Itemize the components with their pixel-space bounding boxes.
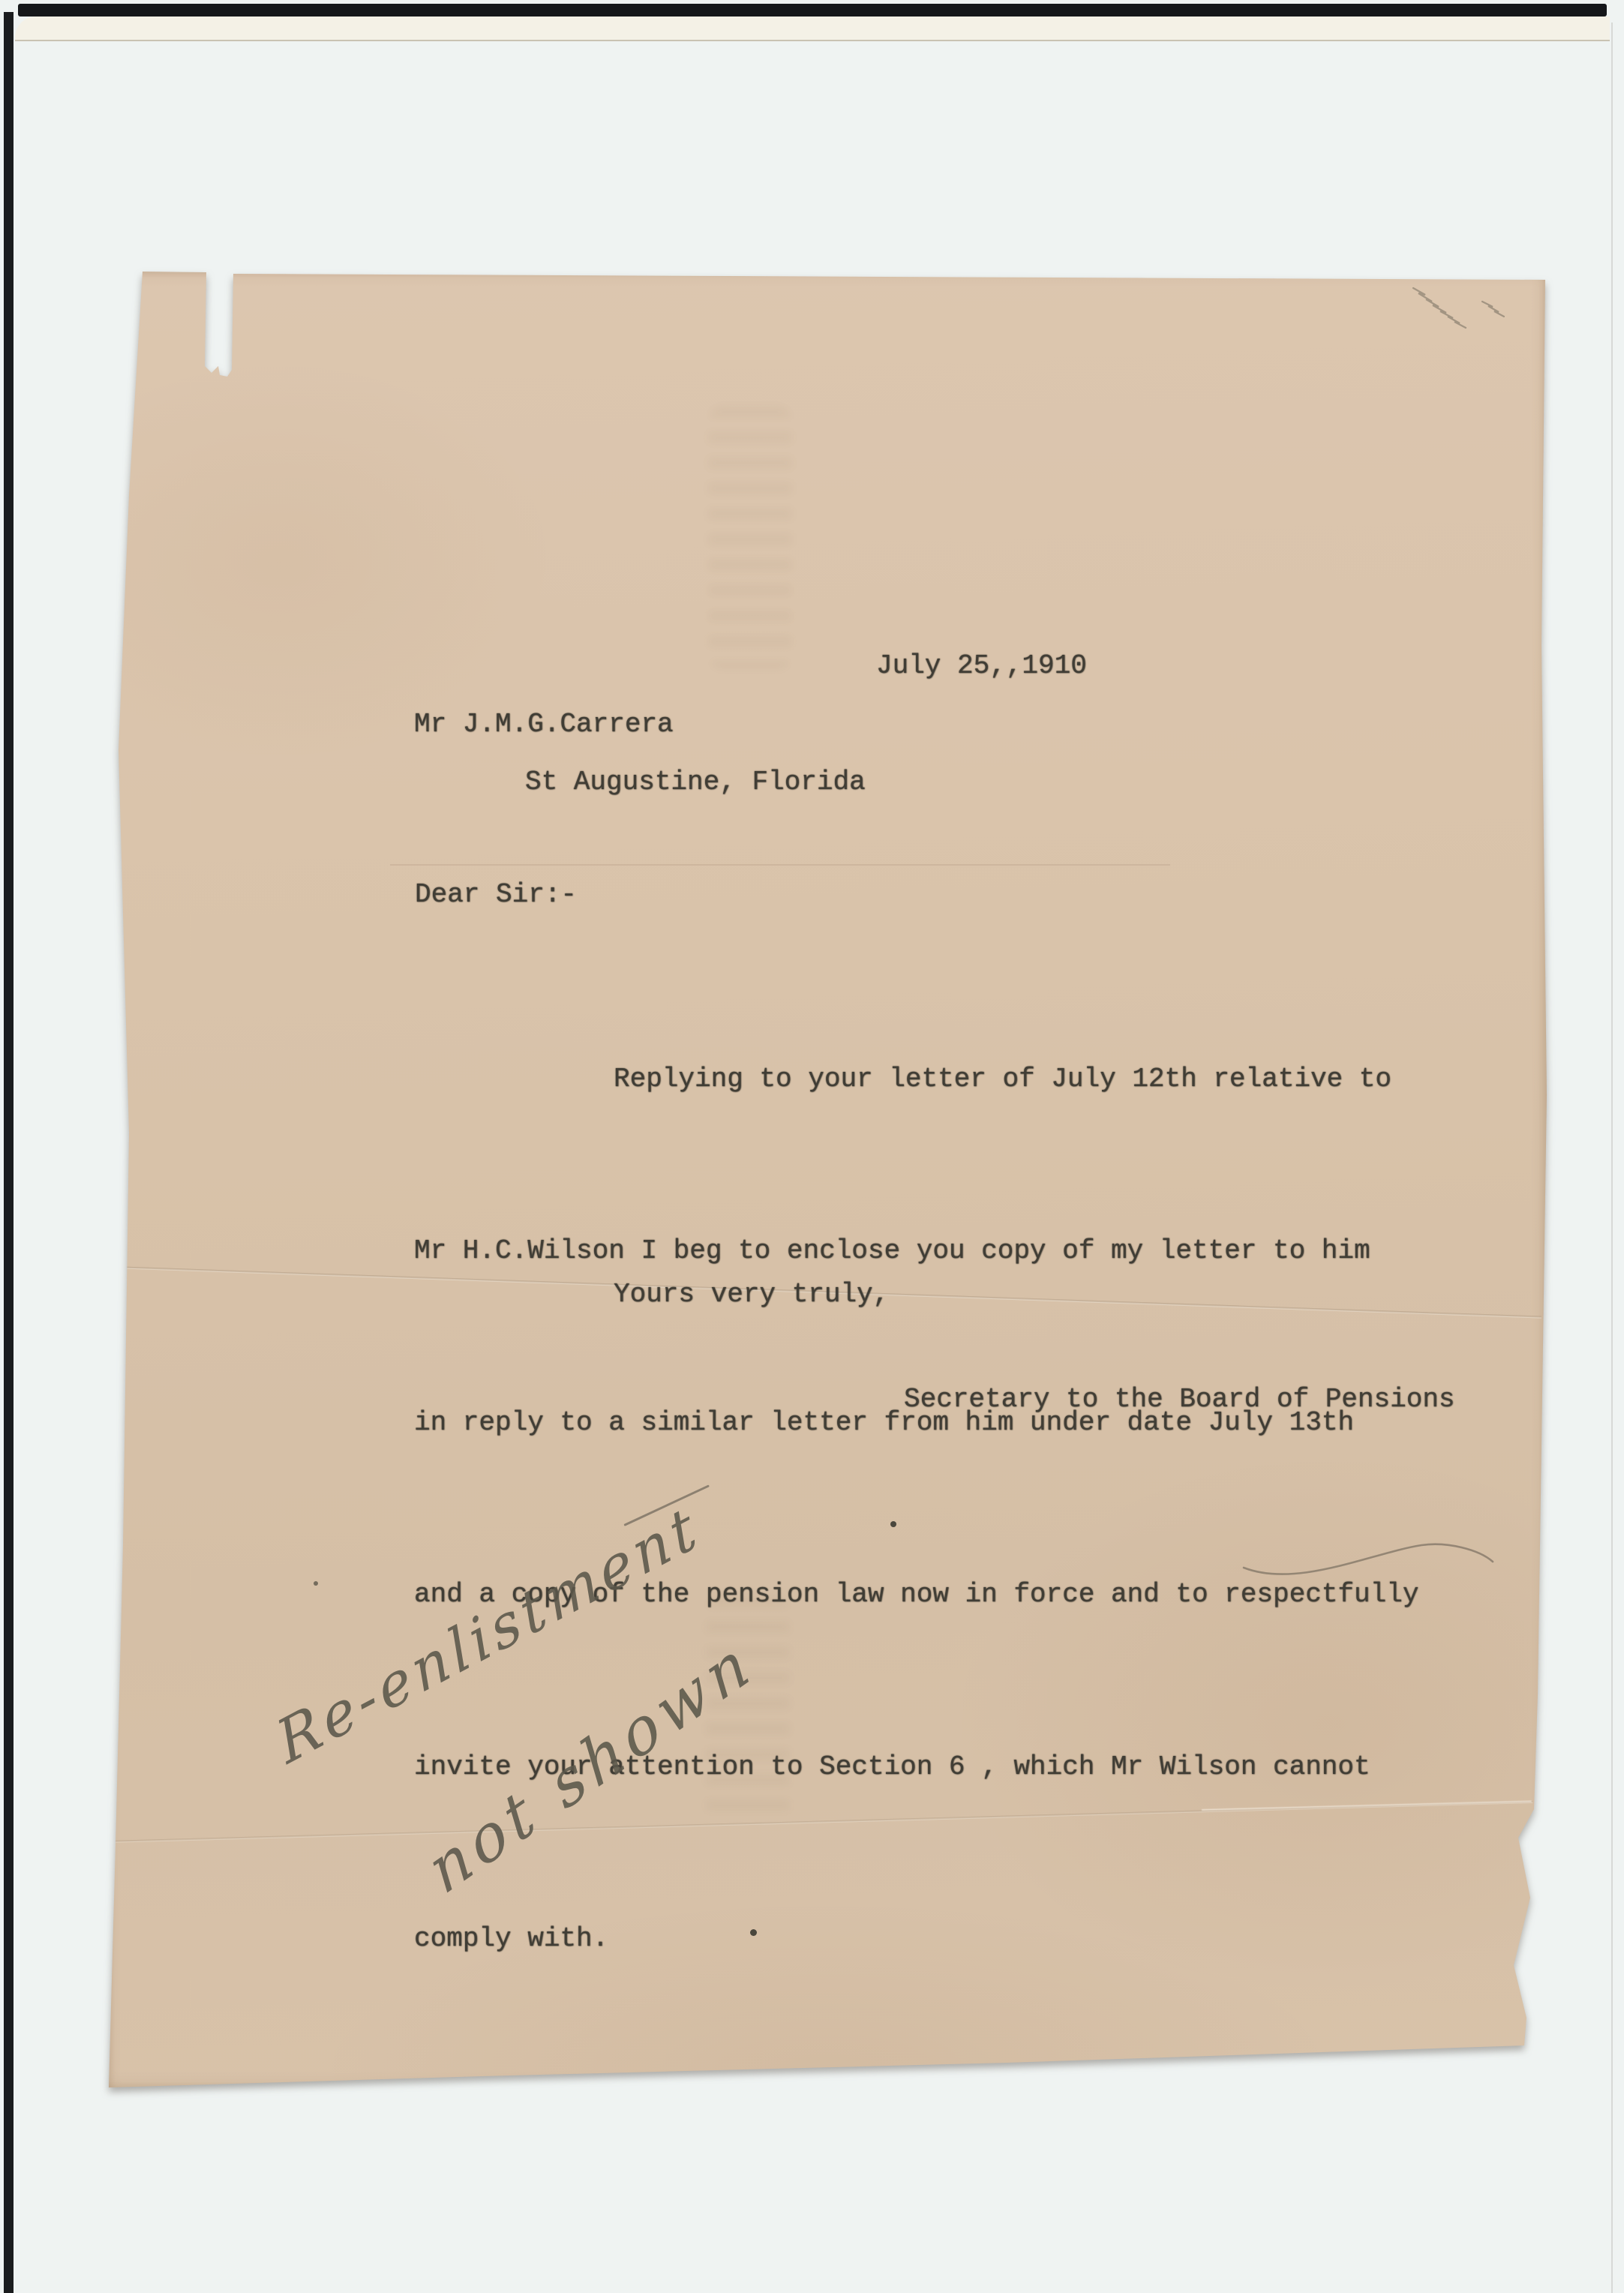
typed-date: July 25,,1910 (876, 649, 1087, 683)
scanned-letter-page: July 25,,1910 Mr J.M.G.Carrera St August… (0, 0, 1624, 2293)
backing-sheet-top-edge (15, 17, 1610, 41)
letter-body-line: comply with. (414, 1910, 1418, 1967)
scanner-frame-left-edge (4, 12, 14, 2293)
scanner-right-seam-line (1611, 23, 1613, 2293)
scanner-frame-top-edge (18, 4, 1607, 17)
letter-body-line: Mr H.C.Wilson I beg to enclose you copy … (414, 1223, 1418, 1280)
pencil-swoosh-mark (1238, 1530, 1508, 1605)
letter-body: Replying to your letter of July 12th rel… (414, 936, 1418, 2082)
faint-crease-above-salutation (390, 864, 1170, 866)
torn-notch-speck (223, 369, 227, 376)
closing-line: Yours very truly, (614, 1277, 889, 1312)
salutation-line: Dear Sir:- (415, 878, 577, 912)
signature-title-line: Secretary to the Board of Pensions (904, 1382, 1455, 1417)
pencil-scribble-mark (1410, 276, 1538, 324)
letter-paper: July 25,,1910 Mr J.M.G.Carrera St August… (107, 270, 1547, 2089)
pencil-dot (314, 1581, 318, 1586)
recipient-name-line: Mr J.M.G.Carrera (414, 707, 674, 742)
recipient-city-line: St Augustine, Florida (525, 765, 866, 800)
pencil-dot (890, 1521, 896, 1527)
letter-body-line: Replying to your letter of July 12th rel… (414, 1051, 1418, 1108)
ghost-text-impression-upper (709, 407, 791, 669)
pencil-dot (750, 1929, 757, 1936)
